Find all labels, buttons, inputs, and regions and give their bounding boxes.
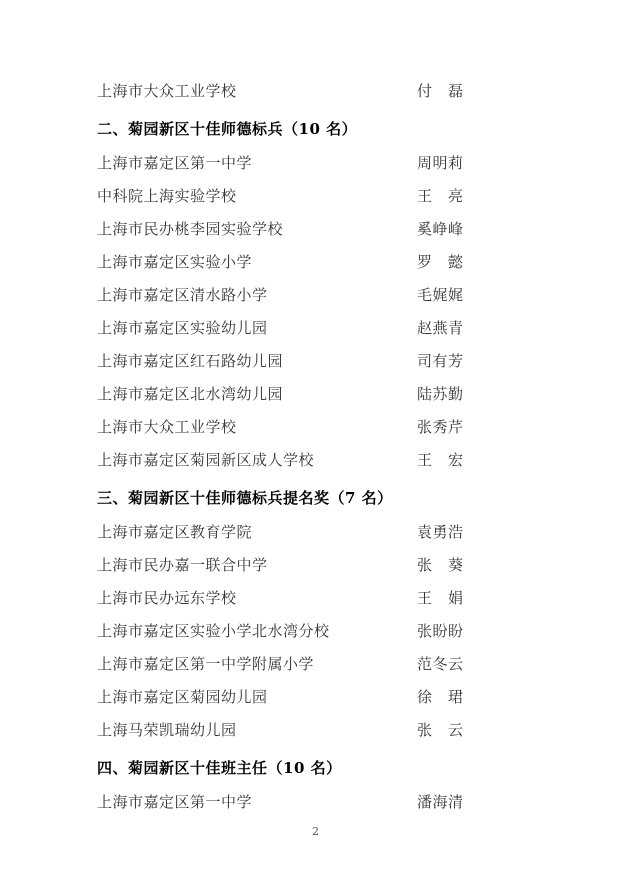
person-name: 范冬云 (417, 655, 464, 674)
person-name: 付 磊 (417, 82, 464, 101)
school-name: 上海市大众工业学校 (97, 82, 237, 101)
person-name: 陆苏勤 (417, 385, 464, 404)
person-name: 张秀芹 (417, 418, 464, 437)
school-name: 上海市嘉定区清水路小学 (97, 286, 268, 305)
person-name: 王 亮 (417, 187, 464, 206)
school-name: 上海市嘉定区红石路幼儿园 (97, 352, 283, 371)
person-name: 张盼盼 (417, 622, 464, 641)
award-row: 上海市大众工业学校张秀芹 (97, 418, 567, 451)
award-row: 上海市嘉定区实验小学罗 懿 (97, 253, 567, 286)
award-row: 上海市民办嘉一联合中学张 葵 (97, 556, 567, 589)
award-row: 上海市嘉定区实验幼儿园赵燕青 (97, 319, 567, 352)
award-row: 上海市嘉定区第一中学附属小学范冬云 (97, 655, 567, 688)
person-name: 徐 珺 (417, 688, 464, 707)
school-name: 上海市民办远东学校 (97, 589, 237, 608)
award-row: 上海市民办桃李园实验学校奚峥峰 (97, 220, 567, 253)
person-name: 毛娓娓 (417, 286, 464, 305)
document-page: 上海市大众工业学校付 磊二、菊园新区十佳师德标兵（10 名）上海市嘉定区第一中学… (0, 0, 631, 893)
school-name: 上海市嘉定区实验小学北水湾分校 (97, 622, 330, 641)
section-header: 二、菊园新区十佳师德标兵（10 名） (97, 120, 567, 153)
person-name: 奚峥峰 (417, 220, 464, 239)
document-body: 上海市大众工业学校付 磊二、菊园新区十佳师德标兵（10 名）上海市嘉定区第一中学… (97, 82, 567, 826)
award-row: 上海市大众工业学校付 磊 (97, 82, 567, 115)
person-name: 罗 懿 (417, 253, 464, 272)
award-row: 上海市嘉定区清水路小学毛娓娓 (97, 286, 567, 319)
award-row: 上海马荣凯瑞幼儿园张 云 (97, 721, 567, 754)
school-name: 上海市民办嘉一联合中学 (97, 556, 268, 575)
award-row: 上海市嘉定区菊园幼儿园徐 珺 (97, 688, 567, 721)
section-header: 三、菊园新区十佳师德标兵提名奖（7 名） (97, 489, 567, 522)
school-name: 上海市嘉定区第一中学附属小学 (97, 655, 314, 674)
award-row: 上海市嘉定区实验小学北水湾分校张盼盼 (97, 622, 567, 655)
school-name: 上海市嘉定区教育学院 (97, 523, 252, 542)
award-row: 上海市嘉定区菊园新区成人学校王 宏 (97, 451, 567, 484)
school-name: 上海市嘉定区菊园新区成人学校 (97, 451, 314, 470)
person-name: 王 宏 (417, 451, 464, 470)
person-name: 张 云 (417, 721, 464, 740)
school-name: 上海市大众工业学校 (97, 418, 237, 437)
person-name: 潘海清 (417, 793, 464, 812)
award-row: 上海市嘉定区北水湾幼儿园陆苏勤 (97, 385, 567, 418)
section-header: 四、菊园新区十佳班主任（10 名） (97, 759, 567, 792)
page-number: 2 (312, 825, 319, 838)
award-row: 上海市嘉定区红石路幼儿园司有芳 (97, 352, 567, 385)
award-row: 上海市嘉定区第一中学周明莉 (97, 154, 567, 187)
school-name: 上海市嘉定区北水湾幼儿园 (97, 385, 283, 404)
school-name: 上海市嘉定区实验小学 (97, 253, 252, 272)
school-name: 上海市嘉定区菊园幼儿园 (97, 688, 268, 707)
school-name: 上海市嘉定区实验幼儿园 (97, 319, 268, 338)
school-name: 上海马荣凯瑞幼儿园 (97, 721, 237, 740)
person-name: 张 葵 (417, 556, 464, 575)
school-name: 上海市嘉定区第一中学 (97, 154, 252, 173)
school-name: 中科院上海实验学校 (97, 187, 237, 206)
person-name: 周明莉 (417, 154, 464, 173)
person-name: 司有芳 (417, 352, 464, 371)
school-name: 上海市嘉定区第一中学 (97, 793, 252, 812)
award-row: 上海市嘉定区教育学院袁勇浩 (97, 523, 567, 556)
school-name: 上海市民办桃李园实验学校 (97, 220, 283, 239)
page-footer: 2 (0, 820, 631, 839)
award-row: 上海市民办远东学校王 娟 (97, 589, 567, 622)
person-name: 王 娟 (417, 589, 464, 608)
award-row: 中科院上海实验学校王 亮 (97, 187, 567, 220)
person-name: 赵燕青 (417, 319, 464, 338)
person-name: 袁勇浩 (417, 523, 464, 542)
